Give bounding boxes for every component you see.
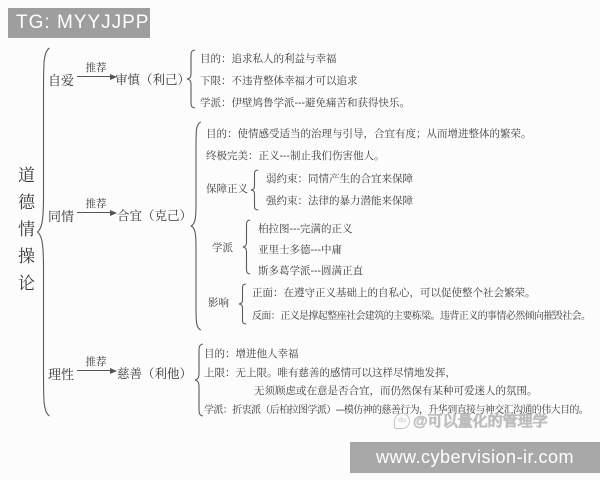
branch1-line: 下限：不违背整体幸福才可以追求	[200, 73, 358, 88]
branch2-group1-child: 强约束：法律的暴力潜能来保障	[266, 193, 413, 208]
diagram-canvas: TG: MYYJJPP 道德情操论 自爱 推荐 审慎（利己） 目的：追求私人的利…	[0, 0, 600, 480]
branch2-arrow: 推荐	[77, 196, 115, 213]
branch2-group3-brace	[238, 284, 247, 324]
branch2-group2-child: 亚里士多德---中庸	[258, 242, 342, 257]
branch2-group2-child: 斯多葛学派---圆满正直	[258, 263, 363, 278]
branch2-group2-brace	[242, 220, 251, 274]
root-brace	[36, 48, 51, 416]
root-node-title: 道德情操论	[12, 166, 37, 301]
arrow-head-icon	[110, 368, 117, 374]
watermark-logo-icon: du	[394, 413, 410, 429]
branch3-line: 目的：增进他人幸福	[204, 346, 299, 361]
branch2-group1-child: 弱约束：同情产生的合宜来保障	[266, 171, 413, 186]
branch2-arrow-line	[77, 212, 115, 213]
branch3-brace	[194, 344, 204, 416]
watermark-text: @可以量化的管理学	[413, 410, 548, 431]
website-url-bar: www.cybervision-ir.com	[350, 442, 600, 473]
branch2-group1-brace	[250, 170, 259, 210]
branch3-arrow-line	[77, 370, 115, 371]
branch2-brace	[190, 122, 202, 330]
branch2-line: 目的：使情感受适当的治理与引导，合宜有度；从而增进整体的繁荣。	[206, 126, 532, 141]
branch2-group3-label: 影响	[208, 295, 229, 310]
branch1-brace	[186, 50, 196, 108]
branch2-source: 同情	[48, 206, 74, 225]
branch2-target: 合宜（克己）	[117, 206, 192, 224]
arrow-head-icon	[110, 210, 117, 216]
watermark: du @可以量化的管理学	[394, 410, 548, 431]
branch2-group2-child: 柏拉图---完满的正义	[258, 221, 353, 236]
branch1-source: 自爱	[48, 70, 74, 89]
branch1-line: 学派：伊壁鸠鲁学派---避免痛苦和获得快乐。	[200, 95, 410, 110]
branch2-group2-label: 学派	[212, 240, 233, 255]
branch3-line: 上限：无上限。唯有慈善的感情可以这样尽情地发挥，	[204, 365, 456, 380]
branch2-group3-child: 正面：在遵守正义基础上的自私心，可以促使整个社会繁荣。	[252, 285, 536, 300]
branch3-source: 理性	[48, 364, 74, 383]
branch3-line-continued: 无须顾虑或在意是否合宜，而仍然保有某种可爱迷人的氛围。	[254, 383, 538, 398]
branch1-line: 目的：追求私人的利益与幸福	[200, 51, 337, 66]
branch2-group1-label: 保障正义	[206, 181, 248, 196]
branch2-group3-child: 反面：正义是撑起整座社会建筑的主要栋梁。违背正义的事情必然倾向摧毁社会。	[252, 307, 590, 322]
tg-badge: TG: MYYJJPP	[8, 8, 150, 38]
branch1-arrow-line	[77, 76, 115, 77]
branch1-arrow: 推荐	[77, 60, 115, 77]
branch3-target: 慈善（利他）	[117, 364, 192, 382]
branch3-arrow: 推荐	[77, 354, 115, 371]
branch2-line: 终极完美：正义---制止我们伤害他人。	[206, 148, 385, 163]
branch1-target: 审慎（利己）	[115, 70, 190, 88]
